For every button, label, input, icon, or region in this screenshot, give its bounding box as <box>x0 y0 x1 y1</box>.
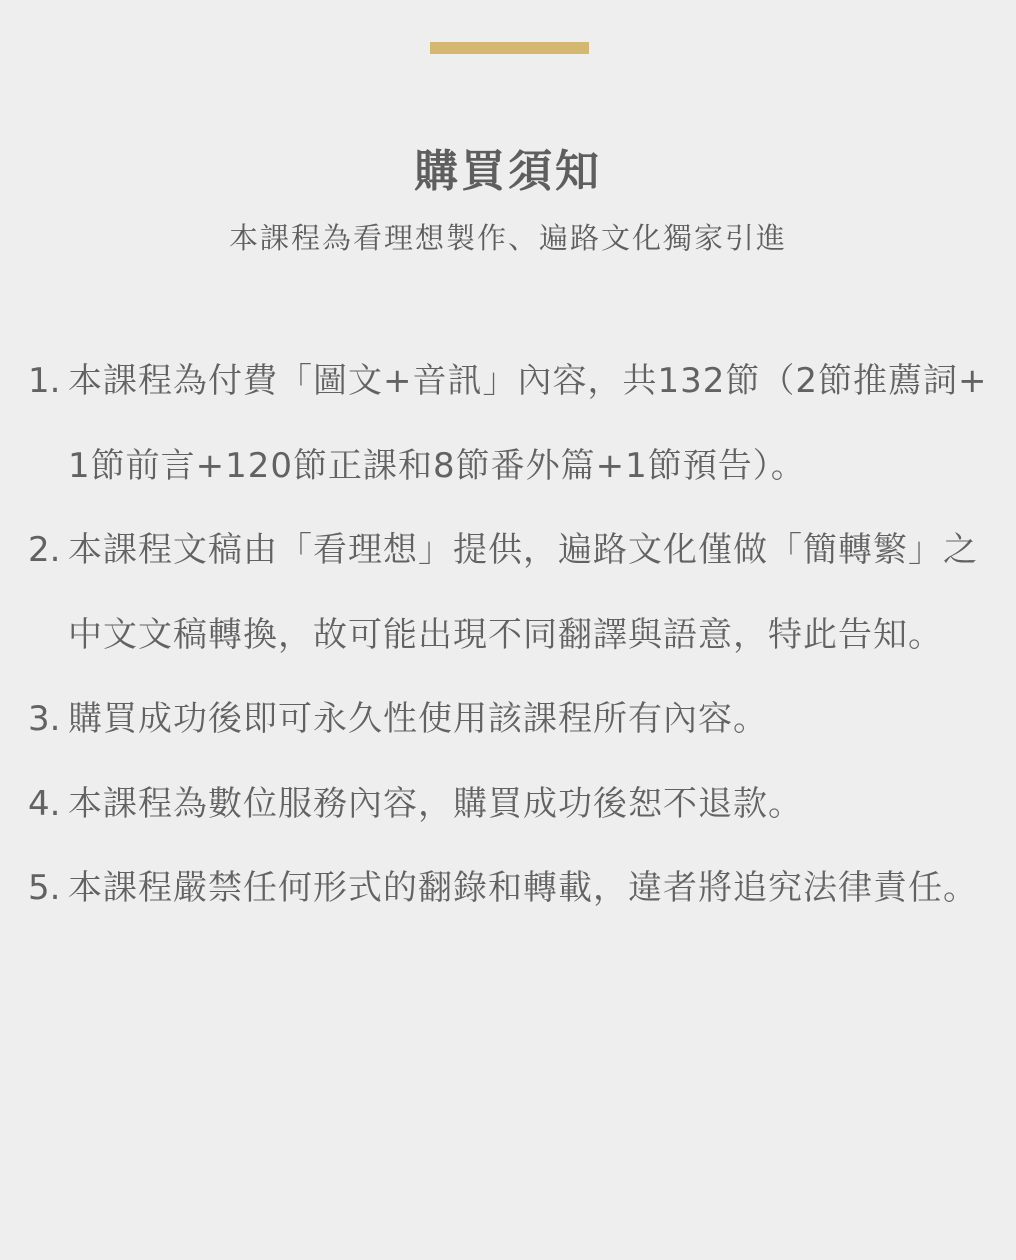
notice-number: 1. <box>28 339 68 508</box>
notice-text: 購買成功後即可永久性使用該課程所有內容。 <box>68 677 988 762</box>
notice-item-3: 3. 購買成功後即可永久性使用該課程所有內容。 <box>28 677 988 762</box>
notice-number: 2. <box>28 508 68 677</box>
notice-text: 本課程嚴禁任何形式的翻錄和轉載，違者將追究法律責任。 <box>68 846 988 931</box>
notice-item-1: 1. 本課程為付費「圖文+音訊」內容，共132節（2節推薦詞+1節前言+120節… <box>28 339 988 508</box>
notice-text: 本課程文稿由「看理想」提供，遍路文化僅做「簡轉繁」之中文文稿轉換，故可能出現不同… <box>68 508 988 677</box>
notice-item-2: 2. 本課程文稿由「看理想」提供，遍路文化僅做「簡轉繁」之中文文稿轉換，故可能出… <box>28 508 988 677</box>
notice-item-4: 4. 本課程為數位服務內容，購買成功後恕不退款。 <box>28 762 988 847</box>
page-subtitle: 本課程為看理想製作、遍路文化獨家引進 <box>0 218 1016 258</box>
notice-text: 本課程為數位服務內容，購買成功後恕不退款。 <box>68 762 988 847</box>
notice-text: 本課程為付費「圖文+音訊」內容，共132節（2節推薦詞+1節前言+120節正課和… <box>68 339 988 508</box>
page-title: 購買須知 <box>0 142 1016 202</box>
purchase-notice-list: 1. 本課程為付費「圖文+音訊」內容，共132節（2節推薦詞+1節前言+120節… <box>28 339 988 931</box>
notice-number: 3. <box>28 677 68 762</box>
notice-number: 4. <box>28 762 68 847</box>
accent-divider-bar <box>430 42 589 54</box>
notice-item-5: 5. 本課程嚴禁任何形式的翻錄和轉載，違者將追究法律責任。 <box>28 846 988 931</box>
notice-number: 5. <box>28 846 68 931</box>
